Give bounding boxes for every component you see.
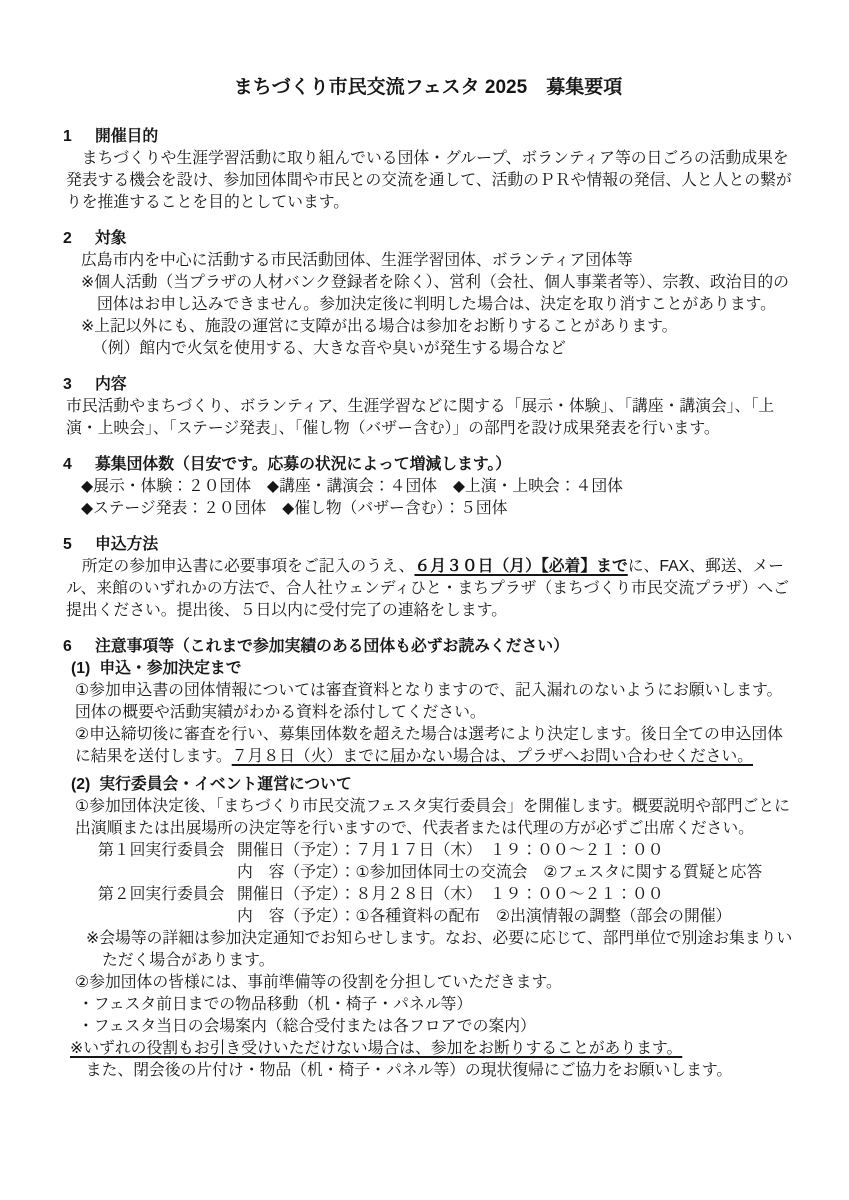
venue-note: ※会場等の詳細は参加決定通知でお知らせします。なお、必要に応じて、部門単位で別途… [86,928,793,972]
section-6-title: 注意事項等（これまで参加実績のある団体も必ずお読みください） [95,636,793,658]
section-6-sub1-title: 申込・参加決定まで [99,658,241,680]
committee-1-name: 第１回実行委員会 [98,840,237,862]
committee-1-name-spacer [98,862,237,884]
committee-1-date: 開催日（予定）：７月１７日（木） １９：００～２１：００ [237,840,793,862]
section-6-sub1-heading: (1)申込・参加決定まで [71,658,793,680]
section-4-line1: ◆展示・体験：２０団体 ◆講座・講演会：４団体 ◆上演・上映会：４団体 [81,476,793,498]
role-note-underlined: ※いずれの役割もお引き受けいただけない場合は、参加をお断りすることがあります。 [70,1040,682,1057]
section-6-sub1-item2: ②申込締切後に審査を行い、募集団体数を超えた場合は選考により決定します。後日全て… [75,724,793,768]
section-6-sub1: (1)申込・参加決定まで ①参加申込書の団体情報については審査資料となりますので… [63,658,793,768]
section-2-note2: ※上記以外にも、施設の運営に支障が出る場合は参加をお断りすることがあります。 [81,316,793,338]
section-6-sub1-label: (1) [71,658,90,680]
section-3-number: 3 [63,374,95,396]
committee-2-content: 内 容（予定）：①各種資料の配布 ②出演情報の調整（部会の開催） [237,906,793,928]
section-5-body-pre: 所定の参加申込書に必要事項をご記入のうえ、 [66,558,414,575]
section-2-title: 対象 [95,228,793,250]
section-2-heading: 2対象 [63,228,793,250]
section-2-line1: 広島市内を中心に活動する市民活動団体、生涯学習団体、ボランティア団体等 [81,250,793,272]
section-6-sub2-label: (2) [71,774,90,796]
committee-2-name: 第２回実行委員会 [98,884,237,906]
document-title: まちづくり市民交流フェスタ 2025 募集要項 [63,76,793,100]
section-2-example: （例）館内で火気を使用する、大きな音や臭いが発生する場合など [92,338,793,360]
role-bullet-1: ・フェスタ前日までの物品移動（机・椅子・パネル等） [78,994,793,1016]
section-3-title: 内容 [95,374,793,396]
section-5-deadline: ６月３０日（月）【必着】まで [414,558,627,575]
section-6-number: 6 [63,636,95,658]
section-6-sub2: (2)実行委員会・イベント運営について ①参加団体決定後、「まちづくり市民交流フ… [63,774,793,1082]
section-5-body: 所定の参加申込書に必要事項をご記入のうえ、６月３０日（月）【必着】までに、FAX… [66,556,793,622]
document-page: まちづくり市民交流フェスタ 2025 募集要項 1開催目的 まちづくりや生涯学習… [0,0,849,1200]
section-1-title: 開催目的 [95,126,793,148]
section-1: 1開催目的 まちづくりや生涯学習活動に取り組んでいる団体・グループ、ボランティア… [63,126,793,214]
section-1-number: 1 [63,126,95,148]
section-6: 6注意事項等（これまで参加実績のある団体も必ずお読みください） (1)申込・参加… [63,636,793,1082]
section-6-sub2-title: 実行委員会・イベント運営について [99,774,351,796]
role-note: ※いずれの役割もお引き受けいただけない場合は、参加をお断りすることがあります。 [70,1038,793,1060]
section-5-heading: 5申込方法 [63,534,793,556]
section-4-line2: ◆ステージ発表：２０団体 ◆催し物（バザー含む）：５団体 [81,498,793,520]
role-bullet-2: ・フェスタ当日の会場案内（総合受付または各フロアでの案内） [78,1016,793,1038]
committee-2-date: 開催日（予定）：８月２８日（木） １９：００～２１：００ [237,884,793,906]
section-5-title: 申込方法 [95,534,793,556]
section-2: 2対象 広島市内を中心に活動する市民活動団体、生涯学習団体、ボランティア団体等 … [63,228,793,360]
section-6-sub2-heading: (2)実行委員会・イベント運営について [71,774,793,796]
section-6-heading: 6注意事項等（これまで参加実績のある団体も必ずお読みください） [63,636,793,658]
committee-1-content: 内 容（予定）：①参加団体同士の交流会 ②フェスタに関する質疑と応答 [237,862,793,884]
section-6-sub1-item2-underlined: ７月８日（火）までに届かない場合は、プラザへお問い合わせください。 [232,748,753,765]
closing-note: また、閉会後の片付け・物品（机・椅子・パネル等）の現状復帰にご協力をお願いします… [70,1060,793,1082]
committee-schedule: 第１回実行委員会 開催日（予定）：７月１７日（木） １９：００～２１：００ 内 … [98,840,793,928]
section-1-heading: 1開催目的 [63,126,793,148]
section-3-heading: 3内容 [63,374,793,396]
section-3: 3内容 市民活動やまちづくり、ボランティア、生涯学習などに関する「展示・体験」、… [63,374,793,440]
section-1-body: まちづくりや生涯学習活動に取り組んでいる団体・グループ、ボランティア等の日ごろの… [66,148,793,214]
committee-2-name-spacer [98,906,237,928]
section-2-number: 2 [63,228,95,250]
section-5: 5申込方法 所定の参加申込書に必要事項をご記入のうえ、６月３０日（月）【必着】ま… [63,534,793,622]
section-6-sub2-item1: ①参加団体決定後、「まちづくり市民交流フェスタ実行委員会」を開催します。概要説明… [75,796,793,840]
section-4-title: 募集団体数（目安です。応募の状況によって増減します。） [95,454,793,476]
section-5-number: 5 [63,534,95,556]
section-2-note1: ※個人活動（当プラザの人材バンク登録者を除く）、営利（会社、個人事業者等）、宗教… [81,272,793,316]
section-4-heading: 4募集団体数（目安です。応募の状況によって増減します。） [63,454,793,476]
section-6-sub1-item1: ①参加申込書の団体情報については審査資料となりますので、記入漏れのないようにお願… [75,680,793,724]
section-6-sub2-item2: ②参加団体の皆様には、事前準備等の役割を分担していただきます。 [75,972,793,994]
section-3-body: 市民活動やまちづくり、ボランティア、生涯学習などに関する「展示・体験」、「講座・… [66,396,793,440]
section-4: 4募集団体数（目安です。応募の状況によって増減します。） ◆展示・体験：２０団体… [63,454,793,520]
section-4-number: 4 [63,454,95,476]
